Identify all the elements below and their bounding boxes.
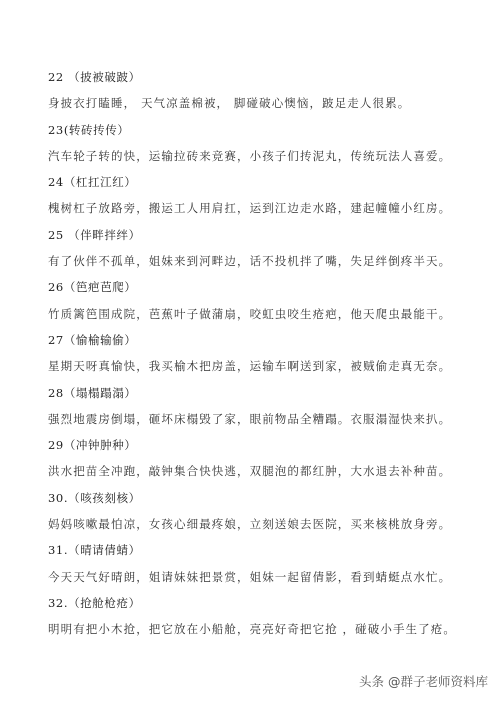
entry-23: 23(转砖抟传） 汽车轮子转的快，运输拉砖来竞赛，小孩子们抟泥丸，传统玩法人喜爱… bbox=[48, 117, 468, 170]
entry-26: 26（笆疤芭爬） 竹质篱笆围成院，芭蕉叶子做蒲扇，咬虹虫咬生疮疤，他天爬虫最能干… bbox=[48, 274, 468, 327]
document-page: 22 （披被破跛） 身披衣打瞌睡， 天气凉盖棉被， 脚碰破心懊恼，跛足走人很累。… bbox=[48, 64, 468, 643]
entry-28: 28（塌榻蹋溻） 强烈地震房倒塌，砸坏床榻毁了家，眼前物品全糟蹋。衣服溻湿快来扒… bbox=[48, 380, 468, 433]
entry-body: 身披衣打瞌睡， 天气凉盖棉被， 脚碰破心懊恼，跛足走人很累。 bbox=[48, 90, 468, 116]
entry-body: 洪水把苗全冲跑，敲钟集合快快逃，双腿泡的都红肿，大水退去补种苗。 bbox=[48, 458, 468, 484]
entry-27: 27（愉榆输偷） 星期天呀真愉快，我买榆木把房盖，运输车啊送到家，被贼偷走真无奈… bbox=[48, 327, 468, 380]
entry-heading: 30.（咳孩刻核） bbox=[48, 485, 468, 511]
entry-body: 强烈地震房倒塌，砸坏床榻毁了家，眼前物品全糟蹋。衣服溻湿快来扒。 bbox=[48, 406, 468, 432]
entry-body: 妈妈咳嗽最怕凉，女孩心细最疼娘，立刻送娘去医院，买来核桃放身旁。 bbox=[48, 511, 468, 537]
entry-body: 竹质篱笆围成院，芭蕉叶子做蒲扇，咬虹虫咬生疮疤，他天爬虫最能干。 bbox=[48, 301, 468, 327]
watermark: 头条 @群子老师资料库 bbox=[359, 672, 488, 690]
entry-body: 明明有把小木抢，把它放在小船舱，亮亮好奇把它抢 ，碰破小手生了疮。 bbox=[48, 616, 468, 642]
entry-heading: 27（愉榆输偷） bbox=[48, 327, 468, 353]
entry-22: 22 （披被破跛） 身披衣打瞌睡， 天气凉盖棉被， 脚碰破心懊恼，跛足走人很累。 bbox=[48, 64, 468, 117]
entry-heading: 32.（抢舱枪疮） bbox=[48, 590, 468, 616]
entry-body: 星期天呀真愉快，我买榆木把房盖，运输车啊送到家，被贼偷走真无奈。 bbox=[48, 353, 468, 379]
entry-heading: 28（塌榻蹋溻） bbox=[48, 380, 468, 406]
entry-body: 今天天气好晴朗，姐请妹妹把景赏，姐妹一起留倩影，看到蜻蜓点水忙。 bbox=[48, 564, 468, 590]
entry-25: 25 （伴畔拌绊） 有了伙伴不孤单，姐妹来到河畔边，话不投机拌了嘴，失足绊倒疼半… bbox=[48, 222, 468, 275]
entry-heading: 22 （披被破跛） bbox=[48, 64, 468, 90]
entry-body: 有了伙伴不孤单，姐妹来到河畔边，话不投机拌了嘴，失足绊倒疼半天。 bbox=[48, 248, 468, 274]
entry-body: 槐树杠子放路旁，搬运工人用肩扛，运到江边走水路，建起幢幢小红房。 bbox=[48, 195, 468, 221]
entry-heading: 23(转砖抟传） bbox=[48, 117, 468, 143]
entry-32: 32.（抢舱枪疮） 明明有把小木抢，把它放在小船舱，亮亮好奇把它抢 ，碰破小手生… bbox=[48, 590, 468, 643]
entry-heading: 29（冲钟肿种） bbox=[48, 432, 468, 458]
entry-heading: 24（杠扛江红） bbox=[48, 169, 468, 195]
entry-heading: 26（笆疤芭爬） bbox=[48, 274, 468, 300]
entry-30: 30.（咳孩刻核） 妈妈咳嗽最怕凉，女孩心细最疼娘，立刻送娘去医院，买来核桃放身… bbox=[48, 485, 468, 538]
entry-heading: 31.（晴请倩蜻） bbox=[48, 537, 468, 563]
entry-31: 31.（晴请倩蜻） 今天天气好晴朗，姐请妹妹把景赏，姐妹一起留倩影，看到蜻蜓点水… bbox=[48, 537, 468, 590]
entry-24: 24（杠扛江红） 槐树杠子放路旁，搬运工人用肩扛，运到江边走水路，建起幢幢小红房… bbox=[48, 169, 468, 222]
entry-body: 汽车轮子转的快，运输拉砖来竞赛，小孩子们抟泥丸，传统玩法人喜爱。 bbox=[48, 143, 468, 169]
entry-heading: 25 （伴畔拌绊） bbox=[48, 222, 468, 248]
entry-29: 29（冲钟肿种） 洪水把苗全冲跑，敲钟集合快快逃，双腿泡的都红肿，大水退去补种苗… bbox=[48, 432, 468, 485]
